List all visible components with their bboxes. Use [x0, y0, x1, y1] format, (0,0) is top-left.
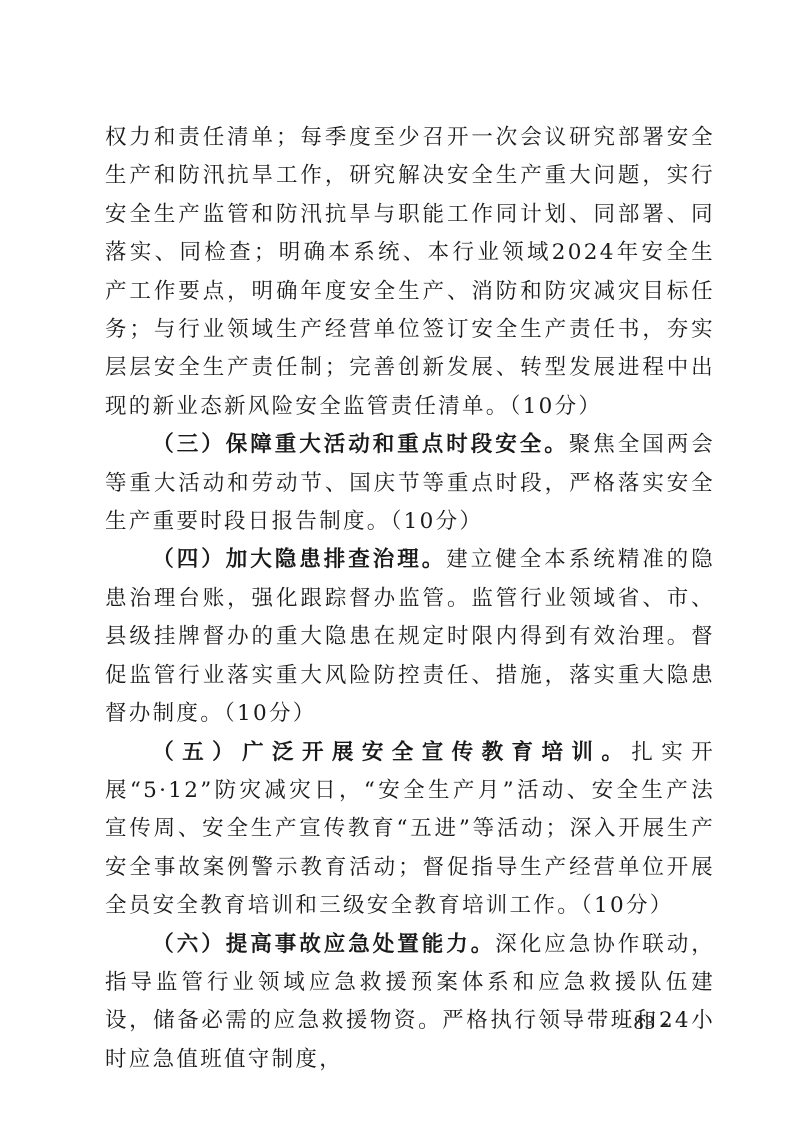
- paragraph-hazard-governance: （四）加大隐患排查治理。建立健全本系统精准的隐患治理台账，强化跟踪督办监管。监管…: [105, 541, 715, 733]
- page-number: - 83 -: [620, 1012, 669, 1035]
- paragraph-responsibility-list: 权力和责任清单；每季度至少召开一次会议研究部署安全生产和防汛抗旱工作，研究解决安…: [105, 119, 715, 426]
- paragraph-text: 扎实开展“5·12”防灾减灾日，“安全生产月”活动、安全生产法宣传周、安全生产宣…: [105, 740, 715, 919]
- paragraph-emergency-response: （六）提高事故应急处置能力。深化应急协作联动，指导监管行业领域应急救援预案体系和…: [105, 926, 715, 1080]
- document-body: 权力和责任清单；每季度至少召开一次会议研究部署安全生产和防汛抗旱工作，研究解决安…: [105, 119, 715, 1079]
- paragraph-safety-education: （五）广泛开展安全宣传教育培训。扎实开展“5·12”防灾减灾日，“安全生产月”活…: [105, 734, 715, 926]
- section-heading-3: （三）保障重大活动和重点时段安全。: [152, 432, 568, 457]
- paragraph-major-events-safety: （三）保障重大活动和重点时段安全。聚焦全国两会等重大活动和劳动节、国庆节等重点时…: [105, 426, 715, 541]
- document-page: 权力和责任清单；每季度至少召开一次会议研究部署安全生产和防汛抗旱工作，研究解决安…: [0, 0, 793, 1122]
- paragraph-text: 建立健全本系统精准的隐患治理台账，强化跟踪督办监管。监管行业领域省、市、县级挂牌…: [105, 547, 715, 726]
- paragraph-text: 权力和责任清单；每季度至少召开一次会议研究部署安全生产和防汛抗旱工作，研究解决安…: [105, 125, 715, 419]
- section-heading-4: （四）加大隐患排查治理。: [152, 547, 446, 572]
- section-heading-6: （六）提高事故应急处置能力。: [152, 932, 495, 957]
- section-heading-5: （五）广泛开展安全宣传教育培训。: [152, 740, 631, 765]
